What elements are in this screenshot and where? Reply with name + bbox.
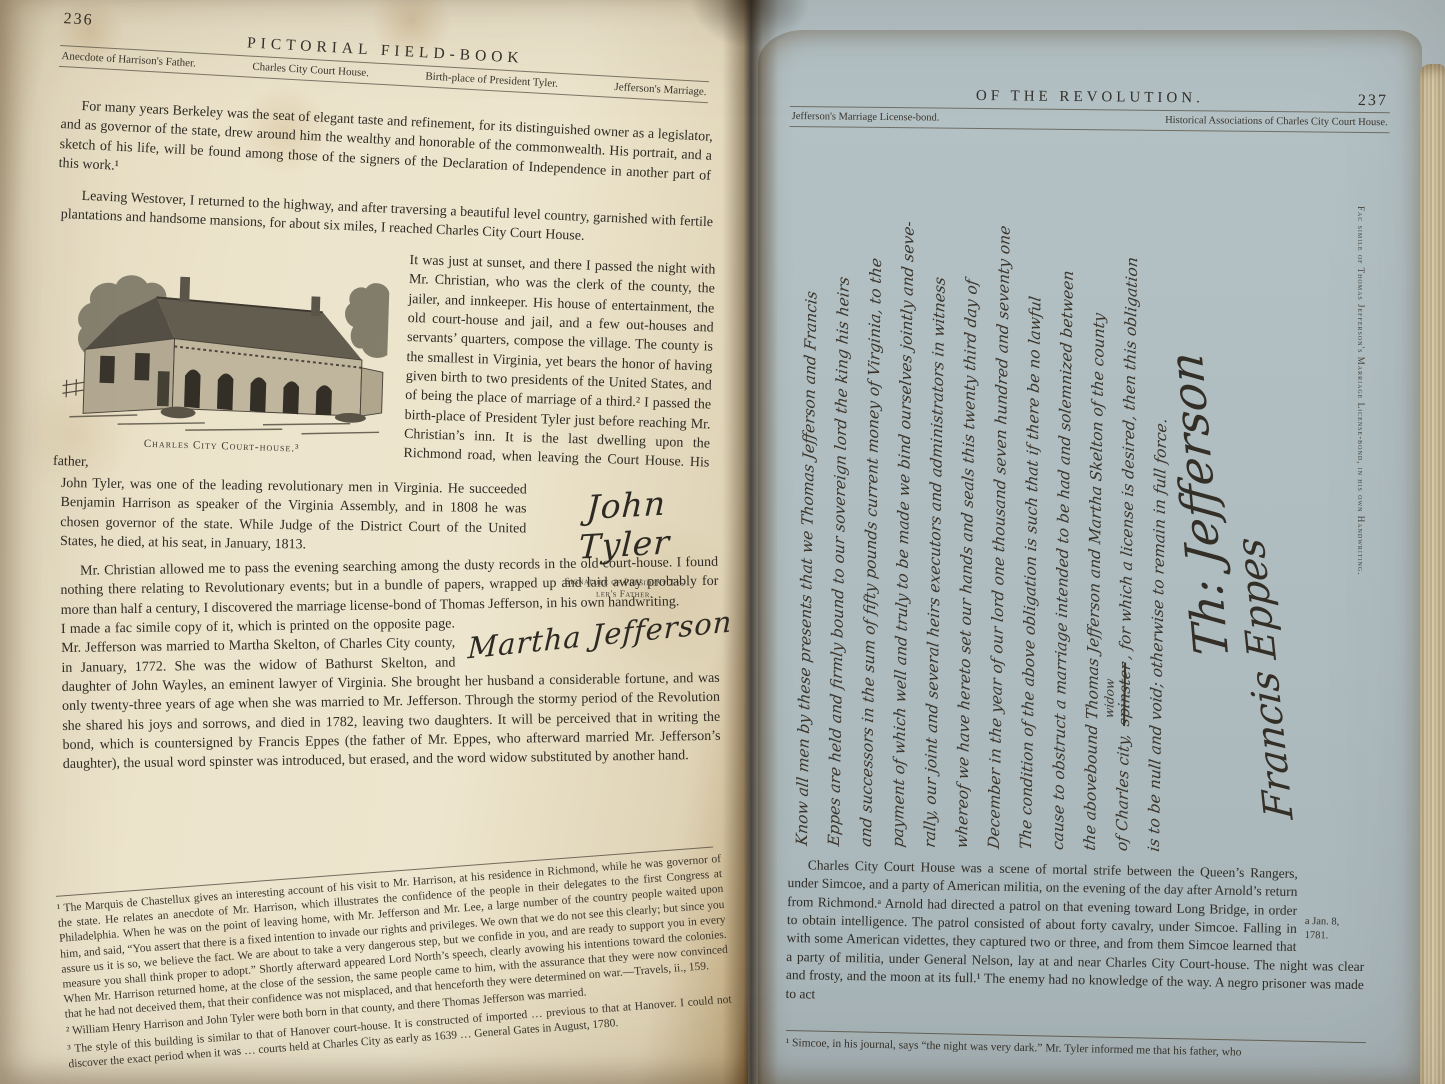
running-head: Charles City Court House. — [252, 61, 369, 79]
ground-hatching — [69, 413, 379, 436]
window — [135, 353, 150, 381]
arch — [283, 381, 300, 414]
right-page-header: 237 OF THE REVOLUTION. Jefferson's Marri… — [790, 86, 1390, 136]
facsimile-line-part: of Charles city, — [1113, 728, 1133, 852]
strife-block: a Jan. 8, 1781. Charles City Court House… — [785, 856, 1365, 1013]
arch — [184, 369, 201, 408]
marginal-date-note: a Jan. 8, 1781. — [1305, 915, 1365, 943]
arch — [316, 385, 332, 415]
left-page-header: 236 PICTORIAL FIELD-BOOK Anecdote of Har… — [59, 12, 711, 106]
right-running-title: OF THE REVOLUTION. — [790, 86, 1390, 109]
arch — [217, 373, 234, 410]
left-page: 236 PICTORIAL FIELD-BOOK Anecdote of Har… — [0, 0, 748, 1084]
chimney — [180, 277, 190, 302]
inserted-word-widow: widow — [1093, 676, 1126, 720]
book-gutter-top-shadow — [690, 0, 810, 48]
left-page-number: 236 — [63, 10, 94, 30]
running-head: Jefferson's Marriage License-bond. — [792, 111, 940, 124]
westover-wrap-block: Charles City Court-house.³ It was just a… — [53, 240, 716, 492]
facsimile-caption: Fac simile of Thomas Jefferson's Marriag… — [1356, 206, 1366, 726]
side-wing — [360, 368, 383, 417]
right-footnote-block: ¹ Simcoe, in his journal, says “the nigh… — [786, 1030, 1372, 1065]
courthouse-engraving-figure: Charles City Court-house.³ — [53, 242, 395, 457]
christian-block: Mr. Christian allowed me to pass the eve… — [60, 553, 721, 775]
eppes-signature: Francis Eppes — [1228, 536, 1303, 820]
left-footnotes: ¹ The Marquis de Chastellux gives an int… — [56, 846, 734, 1074]
martha-signature-figure: Martha Jefferson — [467, 617, 719, 655]
sidenote-line: 1781. — [1305, 929, 1365, 944]
facsimile-line-part: , for which a license is desired, then t… — [1116, 256, 1141, 661]
running-head: Historical Associations of Charles City … — [1165, 115, 1388, 128]
para-berkeley: For many years Berkeley was the seat of … — [58, 96, 713, 205]
para-strife: Charles City Court House was a scene of … — [785, 856, 1365, 1013]
corrected-word: widowspinster — [1108, 660, 1141, 728]
facsimile: Know all men by these presents that we T… — [786, 133, 1354, 861]
sidenote-line: a Jan. 8, — [1305, 915, 1365, 930]
book-gutter — [722, 0, 778, 1084]
right-page-number: 237 — [1358, 92, 1388, 110]
door — [157, 371, 170, 406]
fence — [62, 379, 84, 398]
arch — [250, 377, 267, 412]
page-edges — [1420, 64, 1445, 1084]
facsimile-rotated-text: Know all men by these presents that we T… — [786, 133, 1350, 855]
right-page: 237 OF THE REVOLUTION. Jefferson's Marri… — [758, 30, 1422, 1084]
chimney — [311, 296, 320, 316]
courthouse-engraving — [54, 242, 396, 438]
book-photo: 236 PICTORIAL FIELD-BOOK Anecdote of Har… — [0, 0, 1445, 1084]
running-head: Jefferson's Marriage. — [614, 81, 707, 98]
para-christian-a: Mr. Christian allowed me to pass the eve… — [60, 553, 719, 620]
facsimile-signatures: Th: Jefferson Francis Eppes — [1170, 140, 1342, 855]
window — [100, 356, 115, 384]
